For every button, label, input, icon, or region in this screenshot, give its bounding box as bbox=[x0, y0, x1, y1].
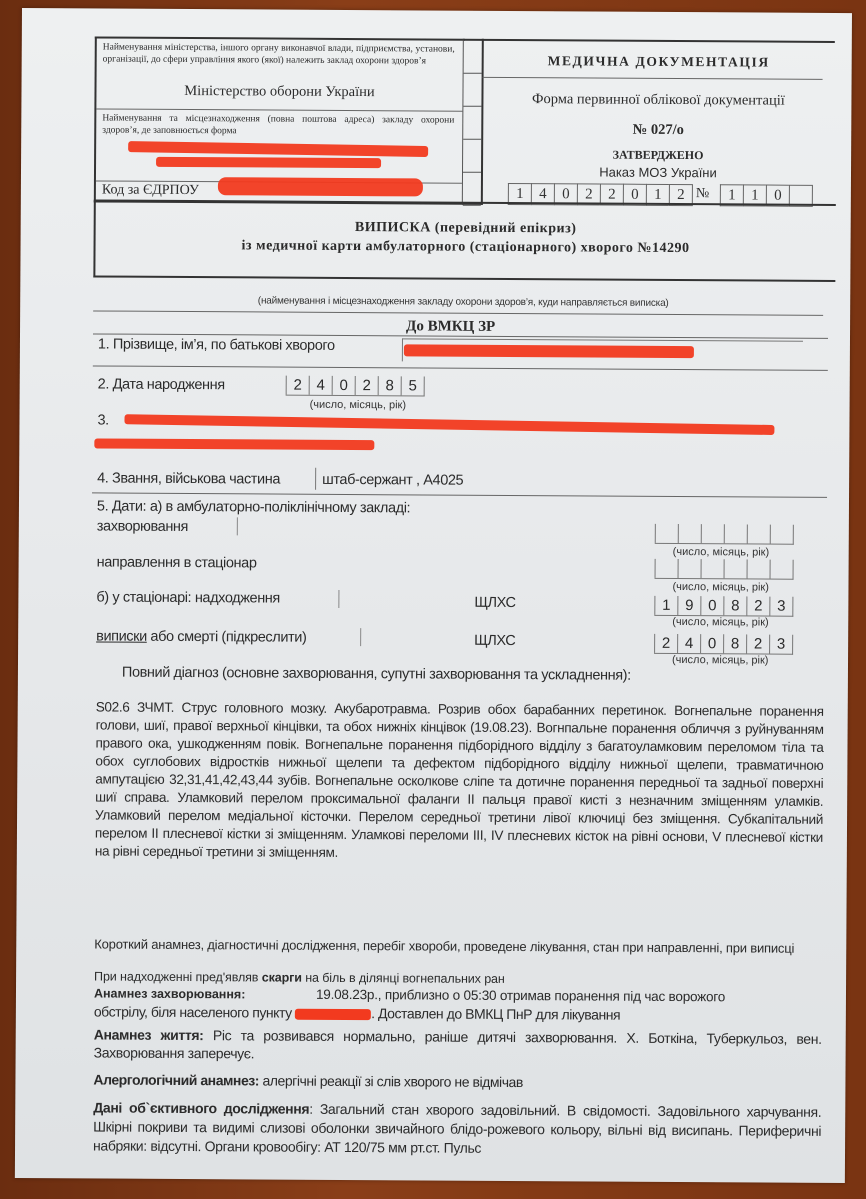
illness-anamnesis-text-1: 19.08.23р., приблизно о 05:30 отримав по… bbox=[316, 987, 725, 1004]
title-line-1: ВИПИСКА (перевідний епікриз) bbox=[96, 218, 836, 239]
dob-boxes: 240285 bbox=[286, 376, 425, 397]
discharge-underlined: виписки bbox=[96, 628, 147, 644]
order-label: Наказ МОЗ України bbox=[482, 164, 834, 181]
digit-cell bbox=[701, 559, 724, 578]
redaction-residence-line-2 bbox=[94, 438, 374, 450]
digit-cell: 3 bbox=[769, 597, 792, 616]
digit-cell: 9 bbox=[677, 596, 700, 615]
form-caption: Форма первинної облікової документації bbox=[482, 91, 834, 110]
diagnosis-heading: Повний діагноз (основне захворювання, су… bbox=[122, 665, 631, 684]
digit-cell: 0 bbox=[700, 596, 723, 615]
header-divider-cells bbox=[462, 39, 484, 205]
digit-cell bbox=[655, 559, 678, 578]
destination-value: До ВМКЦ ЗР bbox=[406, 318, 495, 336]
digit-cell bbox=[770, 560, 793, 579]
rank-unit-value: штаб-сержант , А4025 bbox=[322, 472, 463, 489]
title-line-2: із медичної карти амбулаторного (стаціон… bbox=[96, 237, 836, 258]
residence-label: 3. bbox=[97, 412, 108, 428]
diagnosis-text: S02.6 ЗЧМТ. Струс головного мозку. Акуба… bbox=[95, 698, 824, 864]
digit-cell: 2 bbox=[654, 634, 677, 653]
illness-date-label: захворювання bbox=[97, 518, 188, 535]
edrpou-label: Код за ЄДРПОУ bbox=[102, 182, 199, 199]
ministry-name: Міністерство оборони України bbox=[96, 82, 462, 101]
digit-cell: 0 bbox=[332, 376, 355, 395]
admission-label: б) у стаціонарі: надходження bbox=[96, 589, 280, 606]
life-anamnesis: Анамнез життя: Ріс та розвивався нормаль… bbox=[94, 1025, 822, 1065]
discharge-label: виписки або смерті (підкреслити) bbox=[96, 628, 306, 645]
objective-examination: Дані об`єктивного дослідження: Загальний… bbox=[93, 1098, 821, 1159]
destination-caption: (найменування і місцезнаходження закладу… bbox=[93, 294, 833, 310]
digit-cell: 2 bbox=[746, 634, 769, 653]
digit-cell: 8 bbox=[378, 376, 401, 395]
digit-cell: 4 bbox=[309, 376, 332, 395]
redaction-facility-name bbox=[128, 141, 428, 157]
admission-date-caption: (число, місяць, рік) bbox=[672, 616, 769, 629]
digit-cell bbox=[724, 524, 747, 543]
illness-date-caption: (число, місяць, рік) bbox=[673, 546, 770, 559]
digit-cell bbox=[770, 525, 793, 544]
discharge-date-boxes: 240823 bbox=[654, 634, 793, 655]
digit-cell: 8 bbox=[723, 634, 746, 653]
discharge-date-caption: (число, місяць, рік) bbox=[672, 654, 769, 667]
discharge-department: ЩЛХС bbox=[474, 633, 515, 649]
referral-date-boxes bbox=[655, 559, 794, 580]
digit-cell bbox=[655, 524, 678, 543]
illness-anamnesis-text-2: обстрілу, біля населеного пункту . Доста… bbox=[94, 1003, 620, 1022]
illness-date-boxes bbox=[655, 524, 794, 545]
form-number: № 027/о bbox=[482, 121, 834, 140]
digit-cell: 2 bbox=[746, 596, 769, 615]
digit-cell: 1 bbox=[654, 596, 677, 615]
digit-cell bbox=[724, 559, 747, 578]
patient-name-label: 1. Прізвище, ім’я, по батькові хворого bbox=[98, 336, 335, 353]
digit-cell: 4 bbox=[677, 634, 700, 653]
facility-caption: Найменування та місцезнаходження (повна … bbox=[102, 113, 454, 138]
digit-cell: 8 bbox=[723, 596, 746, 615]
header-right-panel: МЕДИЧНА ДОКУМЕНТАЦІЯ Форма первинної обл… bbox=[482, 39, 835, 205]
form-header: Найменування міністерства, іншого органу… bbox=[93, 36, 834, 271]
digit-cell: 2 bbox=[286, 376, 309, 395]
digit-cell: 2 bbox=[355, 376, 378, 395]
digit-cell bbox=[701, 524, 724, 543]
digit-cell bbox=[747, 524, 770, 543]
admission-date-boxes: 190823 bbox=[654, 596, 793, 617]
redaction-patient-name bbox=[404, 344, 694, 358]
header-left-panel: Найменування міністерства, іншого органу… bbox=[94, 36, 465, 204]
digit-cell: 3 bbox=[769, 635, 792, 654]
admission-department: ЩЛХС bbox=[474, 595, 515, 611]
digit-cell: 0 bbox=[700, 634, 723, 653]
digit-cell bbox=[678, 559, 701, 578]
dob-label: 2. Дата народження bbox=[98, 376, 225, 393]
digit-cell bbox=[678, 524, 701, 543]
med-doc-title: МЕДИЧНА ДОКУМЕНТАЦІЯ bbox=[483, 53, 835, 71]
redaction-residence-line-1 bbox=[124, 414, 774, 435]
redaction-facility-address bbox=[156, 157, 381, 168]
document-page: Найменування міністерства, іншого органу… bbox=[15, 8, 852, 1183]
order-number-label: № bbox=[696, 186, 709, 202]
anamnesis-heading: Короткий анамнез, діагностичні досліджен… bbox=[94, 936, 794, 955]
digit-cell bbox=[747, 559, 770, 578]
referral-date-label: направлення в стаціонар bbox=[97, 554, 257, 571]
digit-cell: 5 bbox=[401, 376, 424, 395]
dates-label: 5. Дати: а) в амбулаторно-поліклінічному… bbox=[97, 498, 410, 516]
dob-caption: (число, місяць, рік) bbox=[310, 399, 407, 412]
rank-unit-label: 4. Звання, військова частина bbox=[97, 470, 280, 487]
referral-date-caption: (число, місяць, рік) bbox=[672, 581, 769, 594]
approved-label: ЗАТВЕРДЖЕНО bbox=[482, 147, 834, 164]
title-block: ВИПИСКА (перевідний епікриз) із медичної… bbox=[93, 200, 835, 282]
complaints-line: При надходженні пред'являв скарги на біл… bbox=[94, 969, 505, 986]
illness-anamnesis-label: Анамнез захворювання: bbox=[94, 986, 246, 1001]
ministry-caption: Найменування міністерства, іншого органу… bbox=[103, 42, 455, 67]
allergy-anamnesis: Алергологічний анамнез: алергічні реакці… bbox=[93, 1071, 523, 1090]
redaction-settlement bbox=[295, 1008, 371, 1019]
redaction-edrpou bbox=[218, 177, 423, 196]
